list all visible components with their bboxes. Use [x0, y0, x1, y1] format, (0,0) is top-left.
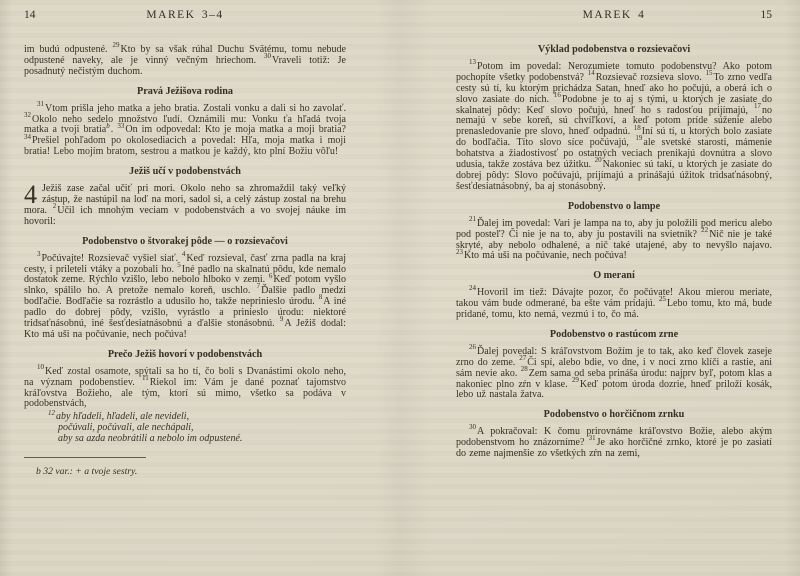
verse-number: 7	[257, 282, 261, 290]
running-header-left: 14 MAREK 3–4	[24, 9, 346, 21]
verse-number: 8	[319, 293, 323, 301]
footnote-block: b 32 var.: + a tvoje sestry.	[24, 457, 346, 478]
page-number-left: 14	[24, 9, 36, 21]
paragraph: 31Vtom prišla jeho matka a jeho bratia. …	[24, 104, 346, 159]
page-left: 14 MAREK 3–4 im budú odpustené. 29Kto by…	[0, 0, 400, 576]
verse-number: 33	[117, 122, 124, 130]
verse-number: 19	[635, 134, 642, 142]
section-heading: O meraní	[456, 271, 772, 282]
poetry-block: 12aby hľadeli, hľadeli, ale nevideli,poč…	[48, 412, 346, 445]
verse-number: 4	[182, 250, 186, 258]
verse-number: 21	[469, 215, 476, 223]
paragraph: 13Potom im povedal: Nerozumiete tomuto p…	[456, 62, 772, 193]
verse-number: 6	[269, 272, 273, 280]
page-number-right: 15	[761, 9, 773, 21]
verse-number: 3	[37, 250, 41, 258]
chapter-paragraph: 4Ježiš zase začal učiť pri mori. Okolo n…	[24, 184, 346, 228]
verse-number: 24	[469, 284, 476, 292]
text-column-right: Výklad podobenstva o rozsievačovi13Potom…	[456, 45, 772, 460]
verse-number: 27	[519, 354, 526, 362]
book-spread: 14 MAREK 3–4 im budú odpustené. 29Kto by…	[0, 0, 800, 576]
verse-number: 18	[634, 124, 641, 132]
page-right: MAREK 4 15 Výklad podobenstva o rozsieva…	[400, 0, 800, 576]
verse-number: 12	[48, 409, 55, 417]
verse-number: 9	[280, 315, 284, 323]
verse-number: 2	[53, 202, 57, 210]
verse-number: 29	[113, 41, 120, 49]
verse-number: 25	[659, 295, 666, 303]
verse-number: 30	[264, 52, 271, 60]
verse-number: 14	[588, 69, 595, 77]
verse-number: 5	[177, 261, 181, 269]
verse-number: 32	[24, 111, 31, 119]
verse-number: 13	[469, 58, 476, 66]
section-heading: Výklad podobenstva o rozsievačovi	[456, 45, 772, 56]
section-heading: Podobenstvo o horčičnom zrnku	[456, 410, 772, 421]
running-head-right: MAREK 4	[583, 9, 646, 21]
verse-number: 26	[469, 343, 476, 351]
footnote-marker: b	[106, 122, 110, 130]
poetry-text: aby sa azda neobrátili a nebolo im odpus…	[58, 433, 242, 444]
verse-number: 10	[37, 363, 44, 371]
paragraph: im budú odpustené. 29Kto by sa však rúha…	[24, 45, 346, 78]
verse-number: 20	[595, 156, 602, 164]
footnote-text: b 32 var.: + a tvoje sestry.	[36, 467, 346, 478]
verse-number: 15	[705, 69, 712, 77]
verse-number: 16	[554, 91, 561, 99]
section-heading: Podobenstvo o lampe	[456, 202, 772, 213]
section-heading: Pravá Ježišova rodina	[24, 87, 346, 98]
verse-number: 17	[754, 102, 761, 110]
paragraph: 26Ďalej povedal: S kráľovstvom Božím je …	[456, 347, 772, 402]
verse-number: 31	[37, 100, 44, 108]
poetry-text: aby hľadeli, hľadeli, ale nevideli,	[56, 411, 189, 422]
verse-number: 34	[24, 133, 31, 141]
verse-number: 29	[572, 376, 579, 384]
section-heading: Ježiš učí v podobenstvách	[24, 167, 346, 178]
verse-number: 28	[521, 365, 528, 373]
verse-number: 31	[589, 434, 596, 442]
poetry-text: počúvali, počúvali, ale nechápali,	[58, 422, 194, 433]
verse-number: 30	[469, 423, 476, 431]
chapter-number: 4	[24, 184, 42, 205]
paragraph: 24Hovoril im tiež: Dávajte pozor, čo poč…	[456, 288, 772, 321]
paragraph: 21Ďalej im povedal: Vari je lampa na to,…	[456, 219, 772, 263]
paragraph: 10Keď zostal osamote, spýtali sa ho tí, …	[24, 367, 346, 411]
text-column-left: im budú odpustené. 29Kto by sa však rúha…	[24, 45, 346, 478]
paragraph: 3Počúvajte! Rozsievač vyšiel siať. 4Keď …	[24, 254, 346, 341]
section-heading: Prečo Ježiš hovorí v podobenstvách	[24, 350, 346, 361]
running-header-right: MAREK 4 15	[456, 9, 772, 21]
section-heading: Podobenstvo o rastúcom zrne	[456, 330, 772, 341]
verse-number: 23	[456, 248, 463, 256]
verse-number: 11	[142, 374, 149, 382]
poetry-line: aby sa azda neobrátili a nebolo im odpus…	[58, 434, 346, 445]
section-heading: Podobenstvo o štvorakej pôde — o rozsiev…	[24, 237, 346, 248]
paragraph: 30A pokračoval: K čomu prirovnáme kráľov…	[456, 427, 772, 460]
running-head-left: MAREK 3–4	[146, 9, 223, 21]
footnote-rule	[24, 457, 146, 458]
verse-number: 22	[701, 226, 708, 234]
